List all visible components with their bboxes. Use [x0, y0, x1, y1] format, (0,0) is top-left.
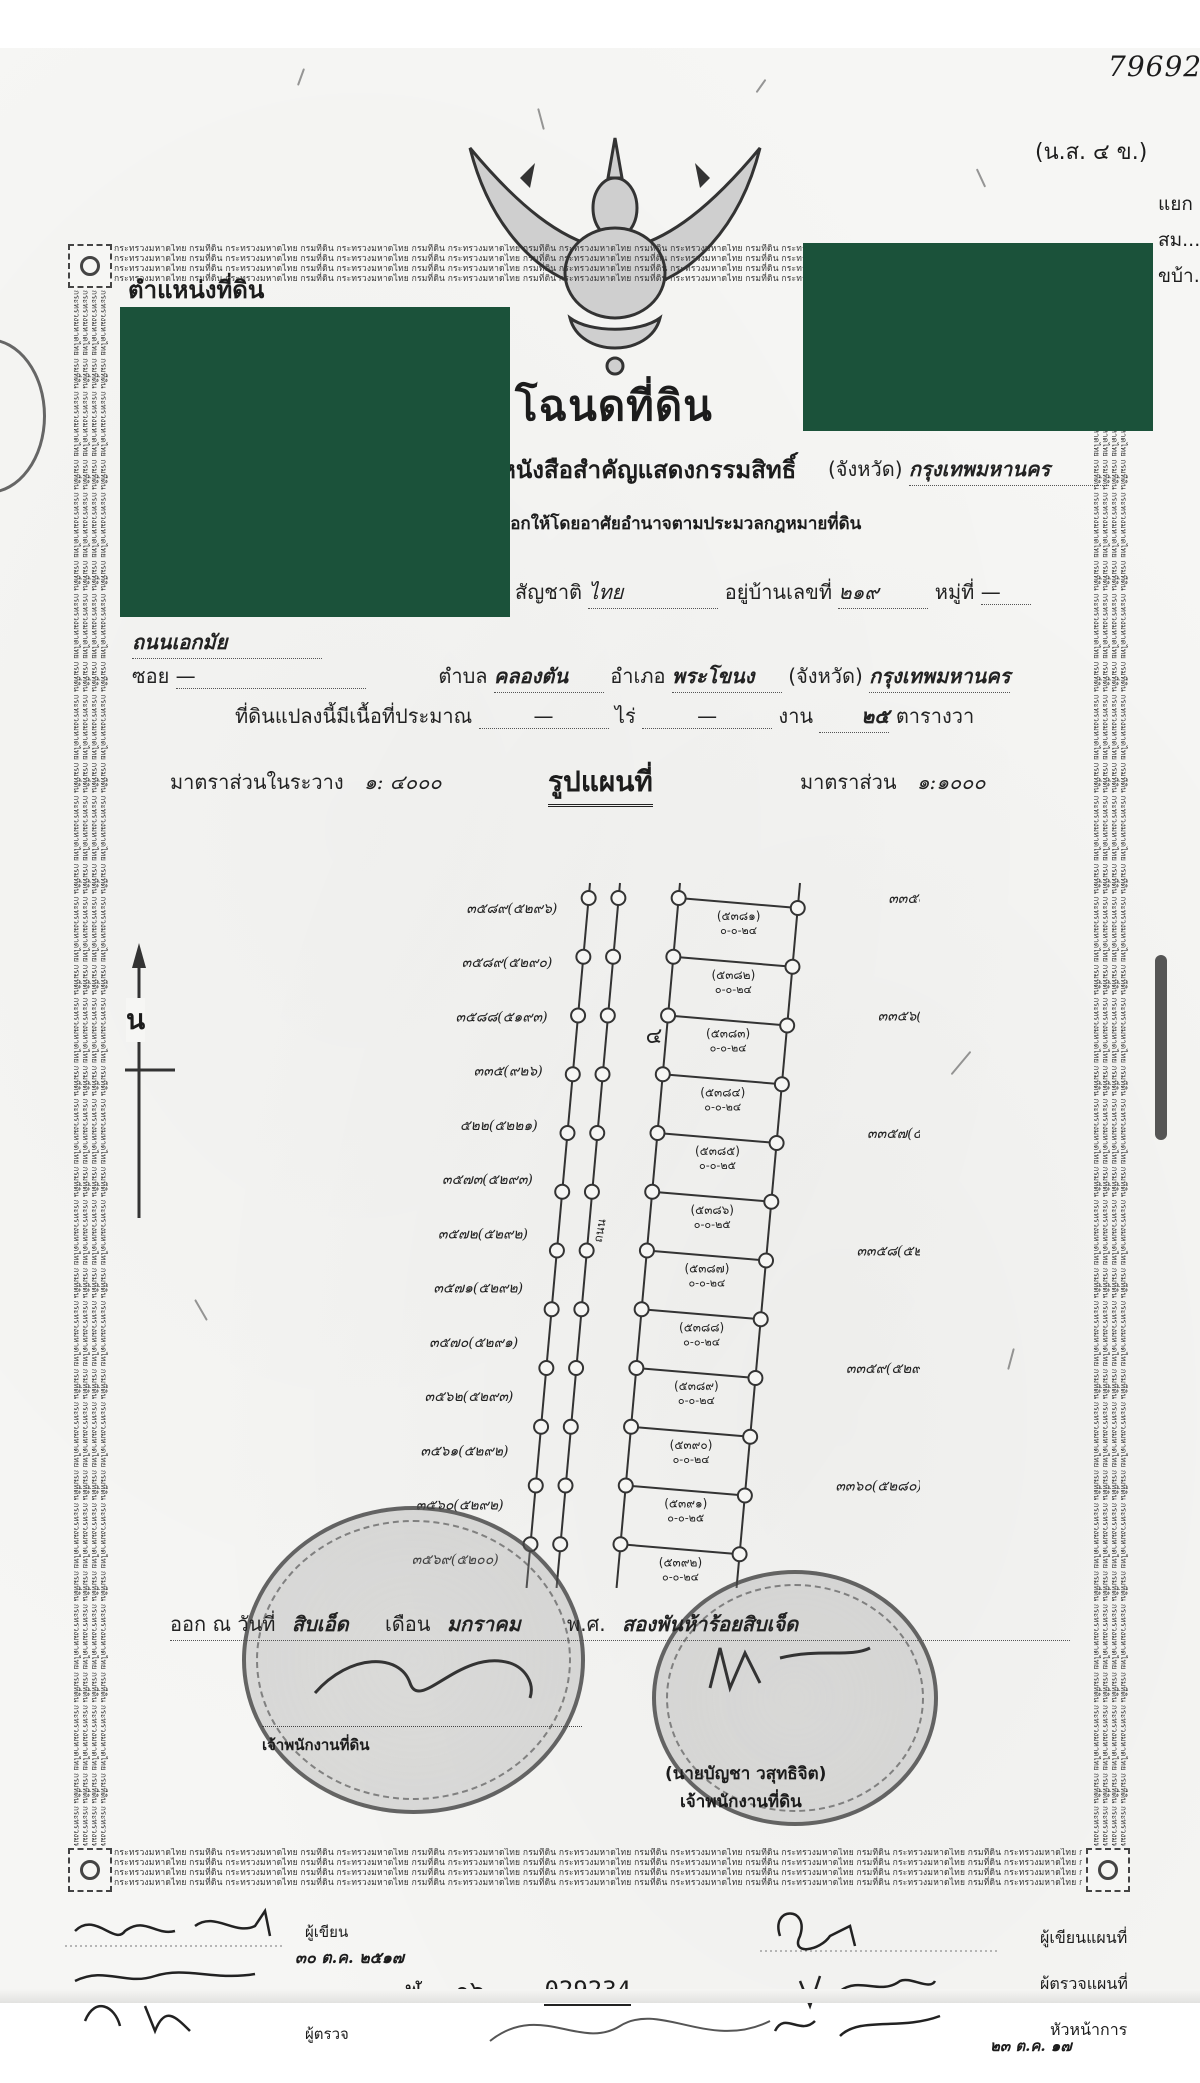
parcel-area: ๐-๐-๒๔: [688, 1277, 725, 1290]
house-no-label: อยู่บ้านเลขที่: [725, 580, 832, 604]
boundary-marker-icon: [666, 950, 680, 964]
boundary-marker-icon: [576, 950, 590, 964]
serial-series: ๑๖: [455, 1976, 485, 2004]
moo-value: —: [981, 580, 1031, 605]
boundary-marker-icon: [601, 1009, 615, 1023]
parcel-area: ๐-๐-๒๔: [710, 1042, 747, 1055]
map-writer-label: ผู้เขียนแผนที่: [1040, 1926, 1127, 1951]
parcel-number: (๕๓๘๕): [695, 1144, 740, 1158]
parcel-number: (๕๓๘๓): [706, 1027, 750, 1041]
form-code: (น.ส. ๔ ข.): [1035, 134, 1147, 169]
parcel-divider: [620, 1544, 739, 1554]
boundary-marker-icon: [629, 1361, 643, 1375]
corner-rosette-icon: [68, 1848, 112, 1892]
area-ngan-value: —: [642, 704, 772, 729]
corner-rosette-icon: [68, 244, 112, 288]
serial-number: 029234: [544, 1976, 631, 2006]
adjacent-parcel-left: ๓๕๗๑(๕๒๙๒): [433, 1281, 523, 1297]
border-microtext-bottom: กระทรวงมหาดไทย กรมที่ดิน กระทรวงมหาดไทย …: [114, 1848, 1082, 1892]
map-scale-label: มาตราส่วน: [800, 770, 896, 794]
adjacent-parcel-right: ๓๓๕๘(๕๒๙๘): [856, 1244, 920, 1260]
address-line: ซอย — ตำบล คลองตัน อำเภอ พระโขนง (จังหวั…: [132, 660, 1010, 693]
parcel-number: (๕๓๘๘): [679, 1320, 724, 1334]
soi-value: —: [176, 664, 366, 689]
boundary-marker-icon: [791, 901, 805, 915]
amphoe-label: อำเภอ: [610, 664, 665, 688]
adjacent-parcel-left: ๓๕๖๑(๕๒๙๒): [420, 1443, 508, 1459]
boundary-marker-icon: [645, 1185, 659, 1199]
scan-speckle: [297, 68, 305, 86]
head-label: หัวหน้าการ: [1050, 2018, 1127, 2043]
moo-label: หมู่ที่: [935, 580, 975, 604]
signature-right: [700, 1628, 880, 1708]
boundary-marker-icon: [640, 1244, 654, 1258]
adjacent-parcel-left: ๕๒๒(๕๒๒๑): [460, 1118, 538, 1134]
parcel-divider: [663, 1074, 782, 1084]
handwritten-date-left: ๓๐ ต.ค. ๒๕๑๗: [295, 1946, 404, 1971]
parcel-number: (๕๓๙๐): [670, 1438, 713, 1452]
handwritten-signatures-left: [65, 1906, 325, 2036]
boundary-marker-icon: [571, 1009, 585, 1023]
adjacent-parcel-left: ๓๕๘๙(๕๒๙๐): [462, 955, 553, 971]
handwritten-signature-center: [480, 2001, 780, 2061]
house-no-value: ๒๑๙: [838, 576, 928, 609]
microtext-line: กระทรวงมหาดไทย กรมที่ดิน กระทรวงมหาดไทย …: [1101, 290, 1110, 1846]
boundary-marker-icon: [580, 1244, 594, 1258]
area-ngan-label: งาน: [778, 704, 813, 728]
boundary-marker-icon: [561, 1126, 575, 1140]
boundary-marker-icon: [754, 1312, 768, 1326]
boundary-marker-icon: [770, 1136, 784, 1150]
boundary-marker-icon: [651, 1126, 665, 1140]
signature-left: [310, 1643, 540, 1713]
writer-label: ผู้เขียน: [305, 1920, 348, 1944]
partial-stamp-left: [0, 338, 46, 494]
right-edge-fragments: แยก สม... ขบ้า...: [1158, 186, 1200, 294]
map-checker-label: ผู้ตรวจแผนที่: [1040, 1972, 1128, 1997]
adjacent-parcel-right: ๓๓๕๙(๕๒๙๙): [846, 1361, 920, 1377]
map-center-number: ๔: [646, 1024, 663, 1049]
parcel-area: ๐-๐-๒๕: [694, 1218, 731, 1231]
parcel-number: (๕๓๘๙): [674, 1379, 719, 1393]
boundary-marker-icon: [619, 1479, 633, 1493]
road-field: ถนนเอกมัย: [132, 626, 322, 659]
parcel-area: ๐-๐-๒๕: [667, 1512, 704, 1525]
boundary-marker-icon: [534, 1420, 548, 1434]
parcel-number: (๕๓๙๒): [659, 1555, 702, 1569]
area-wa-value: ๒๕: [819, 700, 889, 733]
adjacent-parcel-left: ๓๕๗๐(๕๒๙๑): [429, 1335, 518, 1351]
soi-label: ซอย: [132, 664, 169, 688]
fragment-text: ขบ้า...: [1158, 258, 1200, 294]
scale-between-value: ๑: ๔๐๐๐: [364, 770, 442, 794]
parcel-divider: [636, 1368, 755, 1378]
boundary-marker-icon: [780, 1019, 794, 1033]
boundary-marker-icon: [553, 1537, 567, 1551]
province-label: (จังหวัด): [788, 664, 863, 688]
scale-between-sheets: มาตราส่วนในระวาง ๑: ๔๐๐๐: [170, 766, 442, 798]
boundary-marker-icon: [596, 1067, 610, 1081]
map-scale: มาตราส่วน ๑:๑๐๐๐: [800, 766, 986, 798]
checker-label: ผู้ตรวจ: [305, 2022, 349, 2046]
redaction-box-left: [120, 307, 510, 617]
adjacent-parcel-left: ๓๕๗๓(๕๒๙๓): [442, 1172, 533, 1188]
boundary-marker-icon: [555, 1185, 569, 1199]
parcel-number: (๕๓๘๑): [717, 909, 761, 923]
parcel-map: (๕๓๘๑)๐-๐-๒๔(๕๓๘๒)๐-๐-๒๔(๕๓๘๓)๐-๐-๒๔(๕๓๘…: [360, 843, 920, 1588]
parcel-area: ๐-๐-๒๔: [720, 924, 757, 937]
microtext-line: กระทรวงมหาดไทย กรมที่ดิน กระทรวงมหาดไทย …: [1110, 290, 1119, 1846]
issue-month-label: เดือน: [385, 1612, 431, 1636]
parcel-divider: [631, 1427, 750, 1437]
boundary-marker-icon: [759, 1254, 773, 1268]
parcel-number: (๕๓๘๗): [684, 1262, 729, 1276]
border-microtext-left: กระทรวงมหาดไทย กรมที่ดิน กระทรวงมหาดไทย …: [68, 290, 108, 1846]
boundary-marker-icon: [738, 1489, 752, 1503]
issue-date-label: ออก ณ วันที่: [170, 1612, 276, 1636]
nationality-value: ไทย: [588, 576, 718, 609]
parcel-divider: [673, 957, 792, 967]
scale-between-label: มาตราส่วนในระวาง: [170, 770, 344, 794]
area-rai-label: ไร่: [615, 704, 636, 728]
adjacent-parcel-left: ๓๕๘๘(๕๑๙๓): [456, 1009, 548, 1025]
boundary-marker-icon: [582, 891, 596, 905]
owner-line-1: สัญชาติ ไทย อยู่บ้านเลขที่ ๒๑๙ หมู่ที่ —: [515, 576, 1031, 609]
scan-speckle: [756, 79, 767, 93]
microtext-line: กระทรวงมหาดไทย กรมที่ดิน กระทรวงมหาดไทย …: [114, 1858, 1082, 1868]
boundary-marker-icon: [661, 1009, 675, 1023]
boundary-marker-icon: [564, 1420, 578, 1434]
boundary-marker-icon: [559, 1479, 573, 1493]
deed-paper: 79692 (น.ส. ๔ ข.) โฉนดที่ดิน หนังสือสำคั…: [0, 48, 1200, 2003]
parcel-divider: [679, 898, 798, 908]
boundary-marker-icon: [566, 1067, 580, 1081]
parcel-area: ๐-๐-๒๔: [662, 1570, 699, 1583]
boundary-marker-icon: [529, 1479, 543, 1493]
fragment-text: สม...: [1158, 222, 1200, 258]
redaction-box-right: [803, 243, 1153, 431]
adjacent-parcel-right: ๓๓๕๗(๕๒๙๗): [867, 1126, 920, 1142]
adjacent-parcel-left: ๓๓๕(๙๒๖): [474, 1064, 543, 1080]
adjacent-parcel-right: ๓๓๕๕(๕๒๙๕): [888, 891, 920, 907]
boundary-marker-icon: [733, 1547, 747, 1561]
north-label: น: [126, 998, 145, 1042]
parcel-area: ๐-๐-๒๕: [699, 1159, 736, 1172]
boundary-marker-icon: [635, 1302, 649, 1316]
adjacent-parcel-left: ๓๕๘๙(๕๒๙๖): [466, 901, 557, 917]
corner-rosette-icon: [1086, 1848, 1130, 1892]
issue-date-line: ออก ณ วันที่ สิบเอ็ด เดือน มกราคม พ.ศ. ส…: [170, 1608, 1070, 1641]
footer-signatures: ๓๐ ต.ค. ๒๕๑๗ ผู้เขียน ผู้ตรวจ ฬ. ๑๖ — 02…: [60, 1906, 1140, 2056]
boundary-marker-icon: [764, 1195, 778, 1209]
microtext-line: กระทรวงมหาดไทย กรมที่ดิน กระทรวงมหาดไทย …: [1119, 290, 1128, 1846]
parcel-divider: [668, 1016, 787, 1026]
parcel-divider: [642, 1309, 761, 1319]
boundary-marker-icon: [672, 891, 686, 905]
parcel-area: ๐-๐-๒๔: [673, 1453, 710, 1466]
boundary-marker-icon: [743, 1430, 757, 1444]
parcel-area: ๐-๐-๒๔: [704, 1100, 741, 1113]
vertical-scrollbar[interactable]: [1155, 955, 1167, 1140]
road-value: ถนนเอกมัย: [132, 626, 322, 659]
fragment-text: แยก: [1158, 186, 1200, 222]
boundary-marker-icon: [574, 1302, 588, 1316]
parcel-area: ๐-๐-๒๔: [678, 1394, 715, 1407]
amphoe-value: พระโขนง: [672, 660, 782, 693]
boundary-marker-icon: [775, 1077, 789, 1091]
parcel-number: (๕๓๘๔): [700, 1085, 745, 1099]
parcel-divider: [626, 1486, 745, 1496]
area-wa-label: ตารางวา: [896, 704, 974, 728]
area-rai-value: —: [479, 704, 609, 729]
boundary-marker-icon: [569, 1361, 583, 1375]
boundary-marker-icon: [613, 1537, 627, 1551]
adjacent-parcel-left: ๓๕๖๒(๕๒๙๓): [425, 1389, 514, 1405]
microtext-line: กระทรวงมหาดไทย กรมที่ดิน กระทรวงมหาดไทย …: [99, 290, 108, 1846]
microtext-line: กระทรวงมหาดไทย กรมที่ดิน กระทรวงมหาดไทย …: [114, 1878, 1082, 1888]
parcel-divider: [658, 1133, 777, 1143]
boundary-marker-icon: [748, 1371, 762, 1385]
area-line: ที่ดินแปลงนี้มีเนื้อที่ประมาณ — ไร่ — งา…: [235, 700, 974, 733]
border-microtext-right: กระทรวงมหาดไทย กรมที่ดิน กระทรวงมหาดไทย …: [1088, 290, 1128, 1846]
boundary-marker-icon: [785, 960, 799, 974]
boundary-marker-icon: [606, 950, 620, 964]
microtext-line: กระทรวงมหาดไทย กรมที่ดิน กระทรวงมหาดไทย …: [114, 1868, 1082, 1878]
officer-right-title: เจ้าพนักงานที่ดิน: [680, 1788, 802, 1815]
parcel-divider: [652, 1192, 771, 1202]
scan-speckle: [976, 169, 986, 188]
map-scale-value: ๑:๑๐๐๐: [917, 770, 986, 794]
boundary-marker-icon: [585, 1185, 599, 1199]
parcel-area: ๐-๐-๒๔: [683, 1335, 720, 1348]
issue-day-value: สิบเอ็ด: [292, 1612, 349, 1636]
tambon-value: คลองตัน: [494, 660, 604, 693]
issue-year-label: พ.ศ.: [567, 1612, 606, 1636]
adjacent-parcel-left: ๓๕๗๒(๕๒๙๒): [438, 1226, 528, 1242]
land-position-label: ตำแหน่งที่ดิน: [128, 270, 264, 309]
parcel-number: (๕๓๙๑): [664, 1497, 707, 1511]
microtext-line: กระทรวงมหาดไทย กรมที่ดิน กระทรวงมหาดไทย …: [72, 290, 81, 1846]
boundary-marker-icon: [545, 1302, 559, 1316]
microtext-line: กระทรวงมหาดไทย กรมที่ดิน กระทรวงมหาดไทย …: [1092, 290, 1101, 1846]
microtext-line: กระทรวงมหาดไทย กรมที่ดิน กระทรวงมหาดไทย …: [114, 1848, 1082, 1858]
nationality-label: สัญชาติ: [515, 580, 582, 604]
microtext-line: กระทรวงมหาดไทย กรมที่ดิน กระทรวงมหาดไทย …: [90, 290, 99, 1846]
boundary-marker-icon: [624, 1420, 638, 1434]
parcel-area: ๐-๐-๒๔: [715, 983, 752, 996]
road-label: ถนน: [591, 1218, 609, 1244]
map-title: รูปแผนที่: [548, 760, 653, 807]
boundary-marker-icon: [550, 1244, 564, 1258]
issue-month-value: มกราคม: [447, 1612, 521, 1636]
parcel-number: (๕๓๘๒): [711, 968, 755, 982]
north-arrow-icon: [125, 938, 185, 1228]
adjacent-parcel-right: ๓๓๕๖(๕๒๙๖): [878, 1009, 920, 1025]
parcel-number: (๕๓๘๖): [690, 1203, 734, 1217]
boundary-marker-icon: [539, 1361, 553, 1375]
boundary-marker-icon: [611, 891, 625, 905]
serial-prefix: ฬ.: [405, 1976, 429, 2004]
province-value: กรุงเทพมหานคร: [869, 660, 1010, 693]
adjacent-parcel-right: ๓๓๖๐(๕๒๘๐): [835, 1479, 920, 1495]
parcel-divider: [647, 1251, 766, 1261]
handwritten-reference: 79692: [1108, 50, 1200, 83]
boundary-marker-icon: [590, 1126, 604, 1140]
officer-right-name: (นายบัญชา วสุทธิจิต): [665, 1760, 826, 1787]
boundary-marker-icon: [656, 1067, 670, 1081]
tambon-label: ตำบล: [438, 664, 487, 688]
officer-left-title: เจ้าพนักงานที่ดิน: [262, 1726, 582, 1757]
microtext-line: กระทรวงมหาดไทย กรมที่ดิน กระทรวงมหาดไทย …: [81, 290, 90, 1846]
area-label: ที่ดินแปลงนี้มีเนื้อที่ประมาณ: [235, 704, 472, 728]
